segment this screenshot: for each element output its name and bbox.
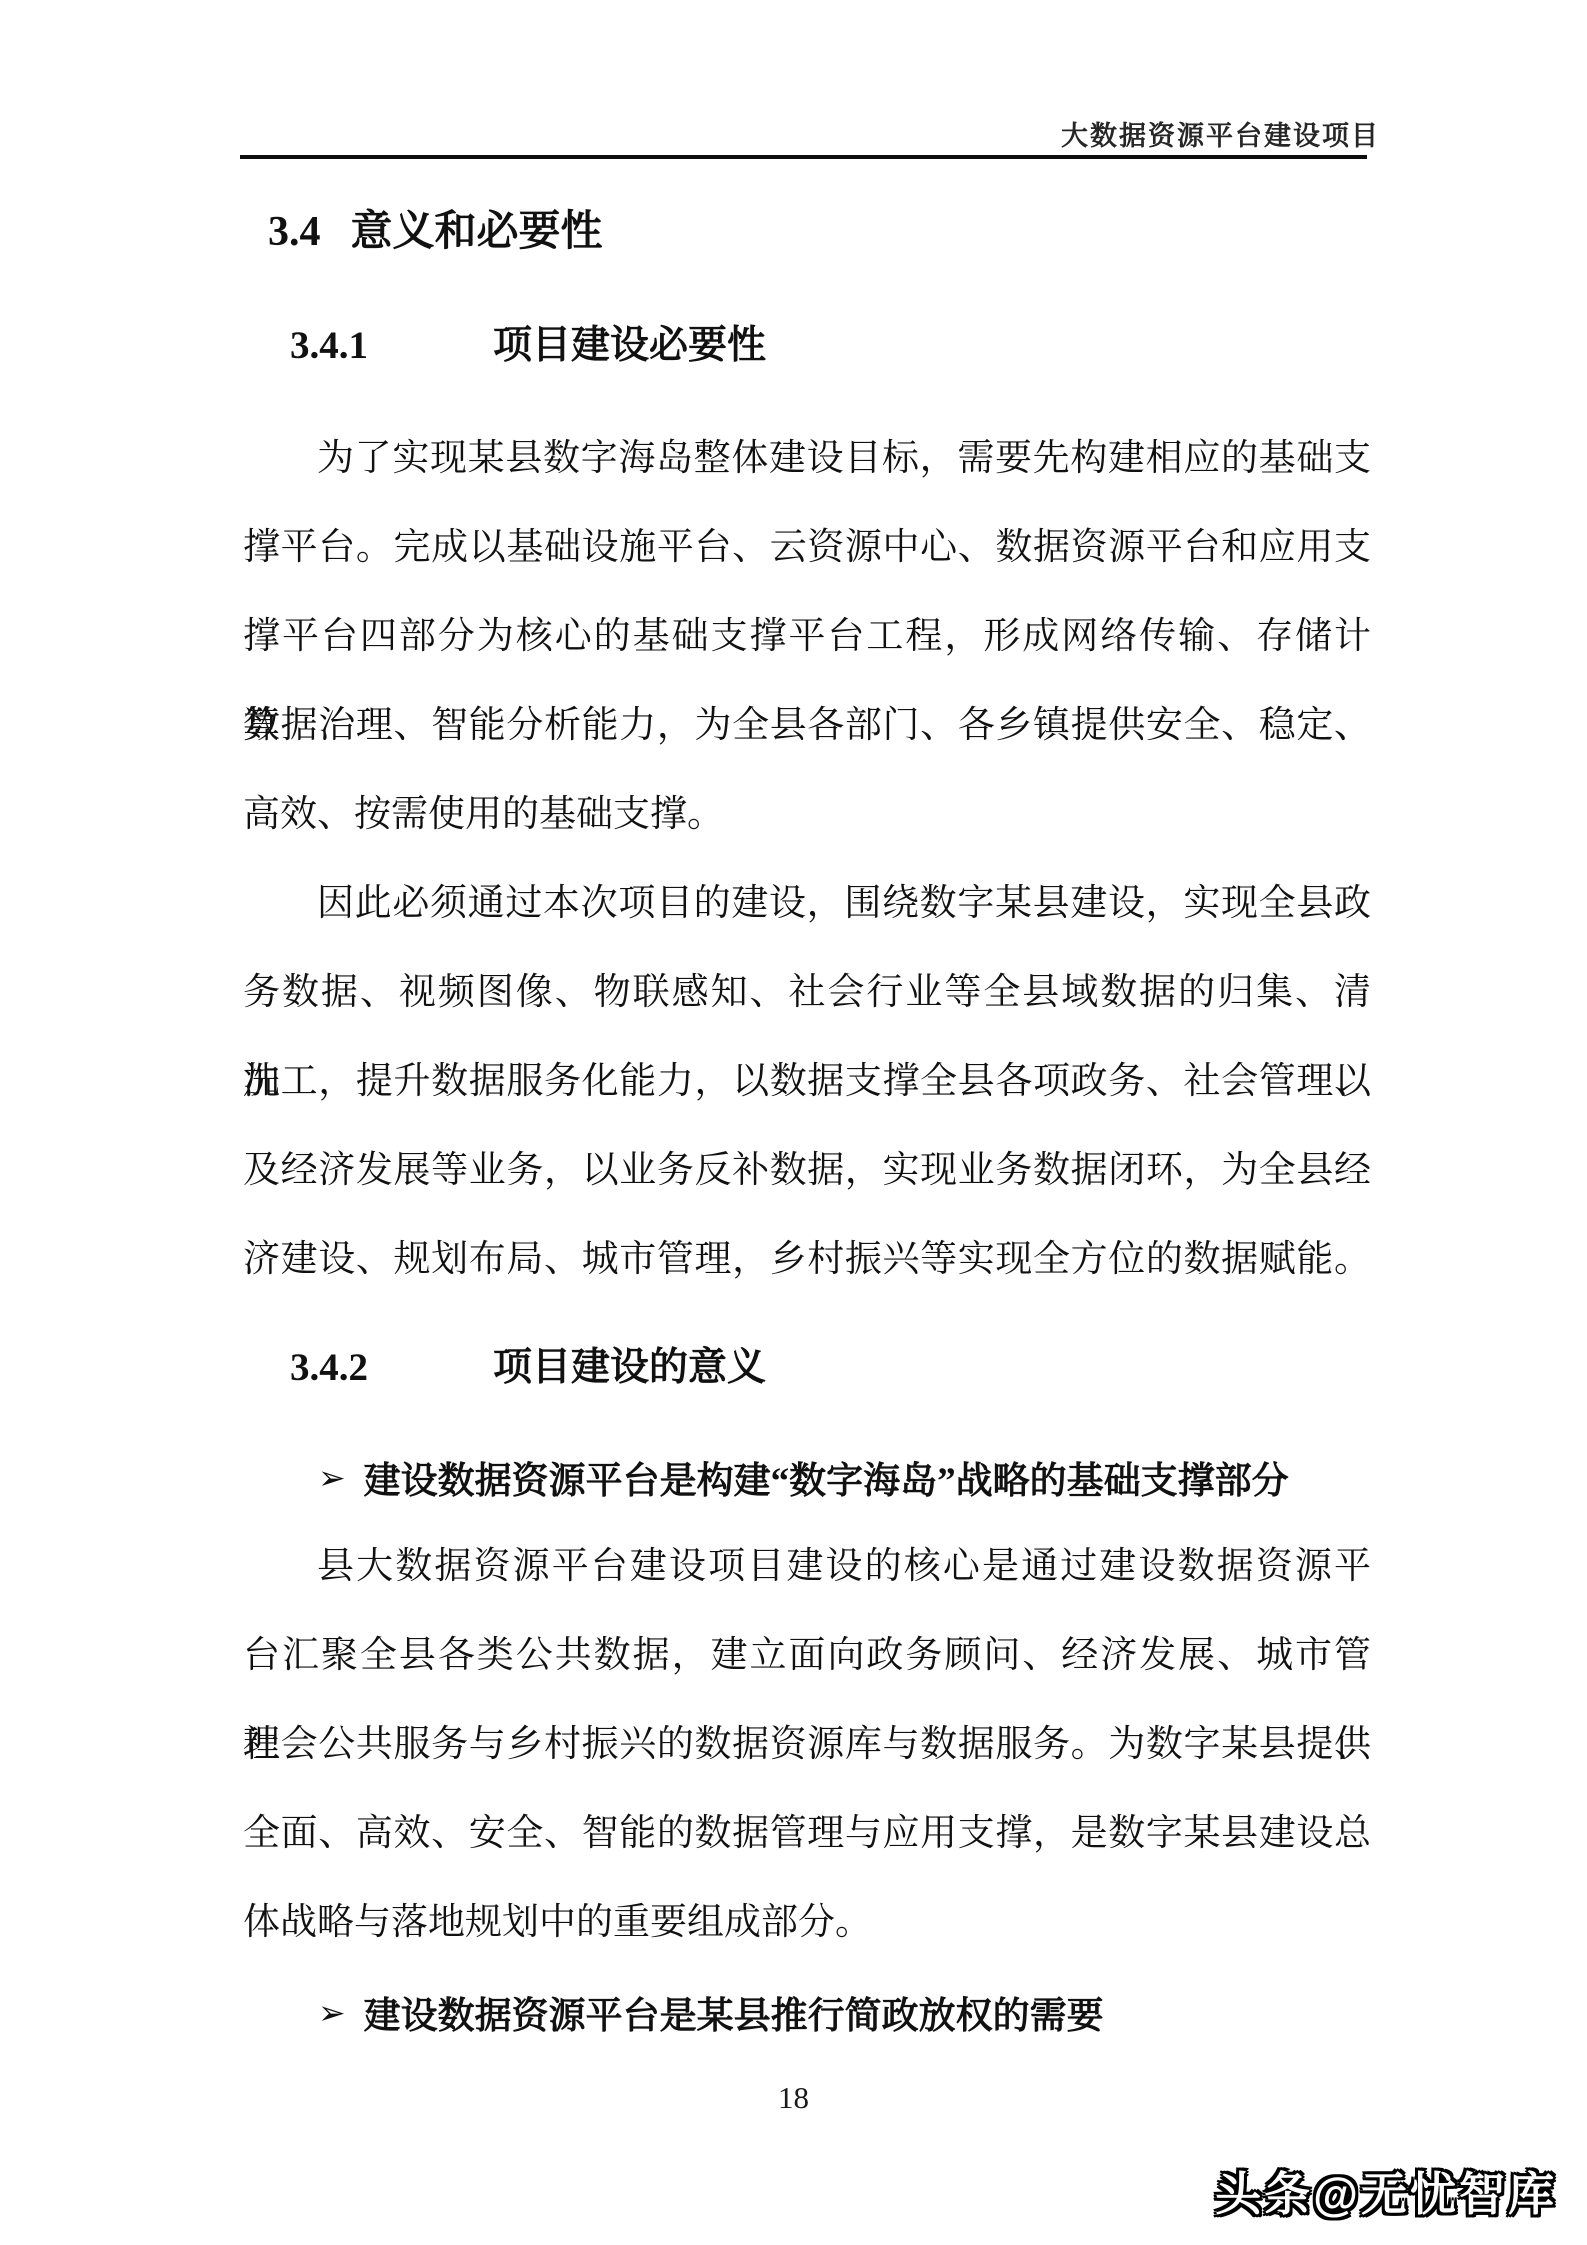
paragraph-line: 高效、按需使用的基础支撑。 (243, 770, 1371, 859)
bullet-item-1: ➢ 建设数据资源平台是构建“数字海岛”战略的基础支撑部分 (318, 1432, 1289, 1521)
bullet-item-2: ➢ 建设数据资源平台是某县推行简政放权的需要 (318, 1967, 1104, 2056)
paragraph-line: 为了实现某县数字海岛整体建设目标，需要先构建相应的基础支 (243, 414, 1371, 503)
document-page: 大数据资源平台建设项目 3.4 意义和必要性 3.4.1 项目建设必要性 为了实… (0, 0, 1587, 2245)
subsection-number: 3.4.2 (290, 1345, 493, 1392)
subsection-title: 项目建设的意义 (493, 1345, 766, 1392)
page-number: 18 (0, 2080, 1587, 2116)
paragraph-line: 济建设、规划布局、城市管理，乡村振兴等实现全方位的数据赋能。 (243, 1215, 1371, 1304)
paragraph-necessity-1: 为了实现某县数字海岛整体建设目标，需要先构建相应的基础支 撑平台。完成以基础设施… (243, 414, 1371, 859)
paragraph-necessity-2: 因此必须通过本次项目的建设，围绕数字某县建设，实现全县政 务数据、视频图像、物联… (243, 859, 1371, 1304)
arrow-bullet-icon: ➢ (318, 1458, 346, 1498)
paragraph-line: 撑平台。完成以基础设施平台、云资源中心、数据资源平台和应用支 (243, 503, 1371, 592)
subsection-heading-3-4-1: 3.4.1 项目建设必要性 (290, 323, 766, 370)
arrow-bullet-icon: ➢ (318, 1993, 346, 2033)
paragraph-line: 社会公共服务与乡村振兴的数据资源库与数据服务。为数字某县提供 (243, 1700, 1371, 1789)
subsection-number: 3.4.1 (290, 323, 493, 370)
paragraph-line: 台汇聚全县各类公共数据，建立面向政务顾问、经济发展、城市管理、 (243, 1611, 1371, 1700)
section-title: 意义和必要性 (351, 207, 603, 257)
paragraph-line: 因此必须通过本次项目的建设，围绕数字某县建设，实现全县政 (243, 859, 1371, 948)
header-rule (240, 155, 1367, 159)
bullet-text: 建设数据资源平台是构建“数字海岛”战略的基础支撑部分 (364, 1450, 1289, 1504)
paragraph-significance-1: 县大数据资源平台建设项目建设的核心是通过建设数据资源平 台汇聚全县各类公共数据，… (243, 1522, 1371, 1967)
bullet-text: 建设数据资源平台是某县推行简政放权的需要 (364, 1985, 1104, 2039)
paragraph-line: 数据治理、智能分析能力，为全县各部门、各乡镇提供安全、稳定、 (243, 681, 1371, 770)
subsection-title: 项目建设必要性 (493, 323, 766, 370)
paragraph-line: 撑平台四部分为核心的基础支撑平台工程，形成网络传输、存储计算、 (243, 592, 1371, 681)
section-number: 3.4 (268, 207, 321, 257)
paragraph-line: 务数据、视频图像、物联感知、社会行业等全县域数据的归集、清洗、 (243, 948, 1371, 1037)
section-heading-3-4: 3.4 意义和必要性 (268, 207, 603, 257)
watermark: 头条@无忧智库 (1215, 2158, 1557, 2224)
paragraph-line: 体战略与落地规划中的重要组成部分。 (243, 1878, 1371, 1967)
doc-header-title: 大数据资源平台建设项目 (1061, 114, 1380, 153)
paragraph-line: 县大数据资源平台建设项目建设的核心是通过建设数据资源平 (243, 1522, 1371, 1611)
paragraph-line: 加工，提升数据服务化能力，以数据支撑全县各项政务、社会管理以 (243, 1037, 1371, 1126)
paragraph-line: 全面、高效、安全、智能的数据管理与应用支撑，是数字某县建设总 (243, 1789, 1371, 1878)
subsection-heading-3-4-2: 3.4.2 项目建设的意义 (290, 1345, 766, 1392)
paragraph-line: 及经济发展等业务，以业务反补数据，实现业务数据闭环，为全县经 (243, 1126, 1371, 1215)
